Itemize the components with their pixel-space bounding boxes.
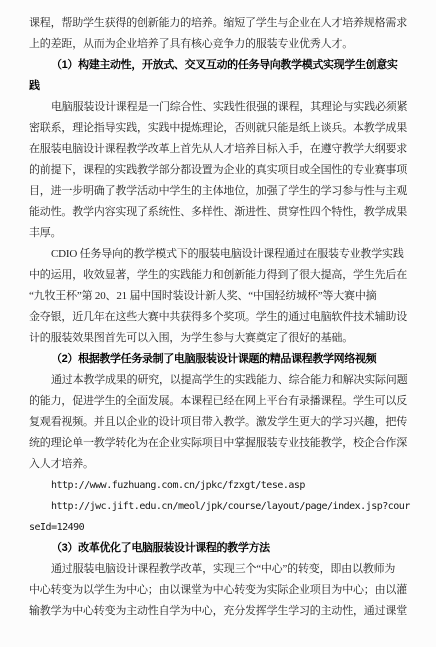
- paragraph-line: 能动性。教学内容实现了系统性、多样性、渐进性、贯穿性四个特性，教学成果: [29, 202, 408, 223]
- url-line: http://www.fuzhuang.com.cn/jpkc/fzxgt/te…: [29, 475, 408, 496]
- paragraph-line: 的能力，促进学生的全面发展。本课程已经在网上平台有录播课程。学生可以反: [29, 391, 408, 412]
- paragraph-line: CDIO 任务导向的教学模式下的服装电脑设计课程通过在服装专业教学实践: [29, 244, 408, 265]
- heading-line: 践: [29, 76, 408, 97]
- paragraph-line: 丰厚。: [29, 223, 408, 244]
- document-body: 课程，帮助学生获得的创新能力的培养。缩短了学生与企业在人才培养规格需求上的差距，…: [29, 13, 408, 622]
- paragraph-line: “九牧王杯”第 20、21 届中国时装设计新人奖、“中国轻纺城杯”等大赛中摘: [29, 286, 408, 307]
- paragraph-line: 金夺银，近几年在这些大赛中共获得多个奖项。学生的通过电脑软件技术辅助设: [29, 307, 408, 328]
- paragraph-line: 入人才培养。: [29, 454, 408, 475]
- paragraph-line: 通过本教学成果的研究，以提高学生的实践能力、综合能力和解决实际问题: [29, 370, 408, 391]
- paragraph-line: 通过服装电脑设计课程教学改革，实现三个“中心”的转变，即由以教师为: [29, 559, 408, 580]
- paragraph-line: 中的运用，收效显著，学生的实践能力和创新能力得到了很大提高，学生先后在: [29, 265, 408, 286]
- paragraph-line: 电脑服装设计课程是一门综合性、实践性很强的课程，其理论与实践必须紧: [29, 97, 408, 118]
- url-line: http://jwc.jift.edu.cn/meol/jpk/course/l…: [29, 496, 408, 517]
- paragraph-line: 在服装电脑设计课程教学改革上首先从人才培养目标入手，在遵守教学大纲要求: [29, 139, 408, 160]
- paragraph-line: 复观看视频。并且以企业的设计项目带入教学。激发学生更大的学习兴趣，把传: [29, 412, 408, 433]
- paragraph-line: 目，进一步明确了教学活动中学生的主体地位，加强了学生的学习参与性与主观: [29, 181, 408, 202]
- heading-line: （3）改革优化了电脑服装设计课程的教学方法: [29, 538, 408, 559]
- paragraph-line: 输教学为中心转变为主动性自学为中心，充分发挥学生学习的主动性，通过课堂: [29, 601, 408, 622]
- document-page: 课程，帮助学生获得的创新能力的培养。缩短了学生与企业在人才培养规格需求上的差距，…: [0, 0, 436, 647]
- paragraph-line: 的前提下，课程的实践教学部分都设置为企业的真实项目或全国性的专业赛事项: [29, 160, 408, 181]
- paragraph-line: 课程，帮助学生获得的创新能力的培养。缩短了学生与企业在人才培养规格需求: [29, 13, 408, 34]
- paragraph-line: 密联系，理论指导实践，实践中提炼理论，否则就只能是纸上谈兵。本教学成果: [29, 118, 408, 139]
- paragraph-line: 中心转变为以学生为中心；由以课堂为中心转变为实际企业项目为中心；由以灌: [29, 580, 408, 601]
- paragraph-line: 统的理论单一教学转化为在企业实际项目中掌握服装专业技能教学，校企合作深: [29, 433, 408, 454]
- heading-line: （1）构建主动性，开放式、交叉互动的任务导向教学模式实现学生创意实: [29, 55, 408, 76]
- paragraph-line: 计的服装效果图首先可以入围，为学生参与大赛奠定了很好的基础。: [29, 328, 408, 349]
- url-line: seId=12490: [29, 517, 408, 538]
- paragraph-line: 上的差距，从而为企业培养了具有核心竞争力的服装专业优秀人才。: [29, 34, 408, 55]
- heading-line: （2）根据教学任务录制了电脑服装设计课题的精品课程教学网络视频: [29, 349, 408, 370]
